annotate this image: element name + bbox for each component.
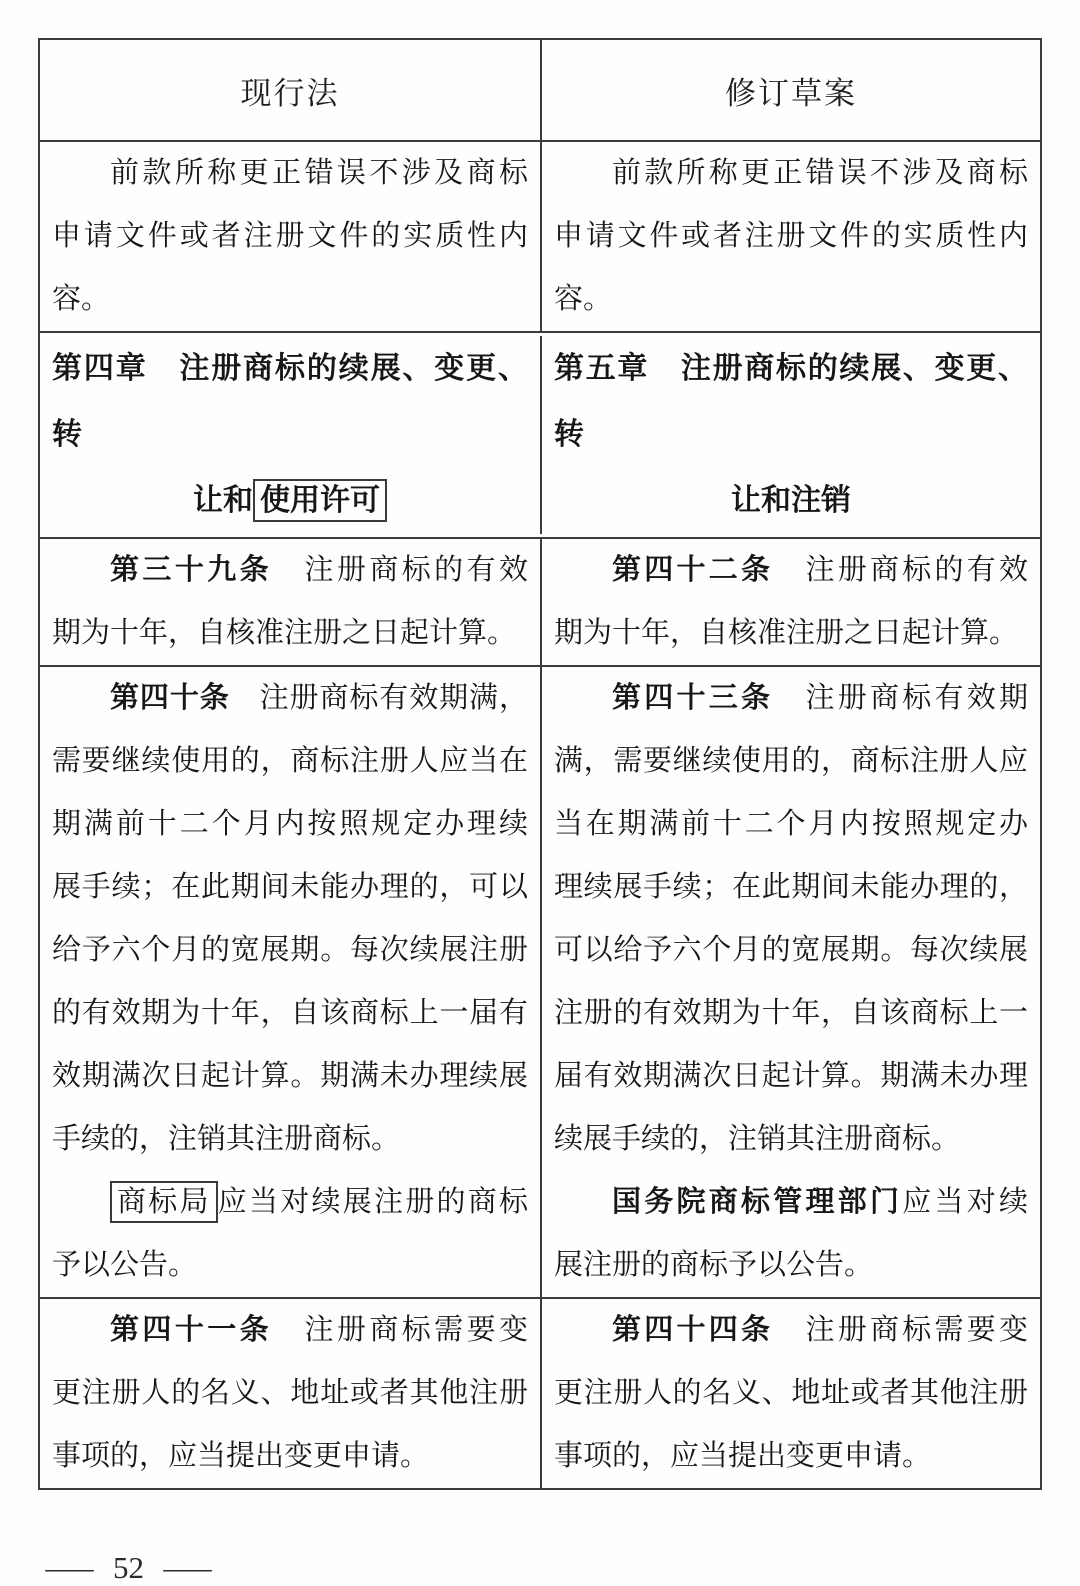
paragraph: 第四十条 注册商标有效期满，需要继续使用的，商标注册人应当在期满前十二个月内按照… (52, 667, 528, 1171)
paragraph: 商标局应当对续展注册的商标予以公告。 (52, 1171, 528, 1297)
table-cell-revision-draft: 第四十四条 注册商标需要变更注册人的名义、地址或者其他注册事项的，应当提出变更申… (540, 1299, 1040, 1488)
text-line: 第四十三条 注册商标有效期 (554, 667, 1028, 730)
text-segment: 注册商标需要变 (272, 1314, 528, 1346)
document-page: 现行法 修订草案 前款所称更正错误不涉及商标申请文件或者注册文件的实质性内容。前… (0, 0, 1080, 1582)
bold-term: 第四十四条 (612, 1314, 773, 1346)
table-cell-current-law: 第四章 注册商标的续展、变更、转让和使用许可 (40, 336, 540, 534)
text-segment: 事项的，应当提出变更申请。 (52, 1440, 429, 1472)
text-line: 前款所称更正错误不涉及商标 (52, 142, 528, 205)
text-segment: 期为十年，自核准注册之日起计算。 (554, 617, 1018, 649)
text-line: 续展手续的，注销其注册商标。 (554, 1108, 1028, 1171)
text-line: 展手续；在此期间未能办理的，可以 (52, 856, 528, 919)
text-segment: 期满前十二个月内按照规定办理续 (52, 808, 528, 840)
text-segment: 满，需要继续使用的，商标注册人应 (554, 745, 1028, 777)
paragraph: 第四章 注册商标的续展、变更、转让和使用许可 (52, 336, 528, 534)
table-cell-current-law: 前款所称更正错误不涉及商标申请文件或者注册文件的实质性内容。 (40, 142, 540, 331)
table-cell-revision-draft: 前款所称更正错误不涉及商标申请文件或者注册文件的实质性内容。 (540, 142, 1040, 331)
table-cell-revision-draft: 第五章 注册商标的续展、变更、转让和注销 (540, 336, 1040, 534)
table-row-article-40-vs-43: 第四十条 注册商标有效期满，需要继续使用的，商标注册人应当在期满前十二个月内按照… (40, 665, 1040, 1297)
text-segment: 事项的，应当提出变更申请。 (554, 1440, 931, 1472)
text-line: 满，需要继续使用的，商标注册人应 (554, 730, 1028, 793)
paragraph: 第五章 注册商标的续展、变更、转让和注销 (554, 336, 1028, 534)
text-line: 申请文件或者注册文件的实质性内 (554, 205, 1028, 268)
text-segment: 注册商标的有效 (272, 554, 528, 586)
text-line: 前款所称更正错误不涉及商标 (554, 142, 1028, 205)
text-line: 期为十年，自核准注册之日起计算。 (554, 602, 1028, 665)
text-line: 予以公告。 (52, 1234, 528, 1297)
table-row-chapter-heading: 第四章 注册商标的续展、变更、转让和使用许可第五章 注册商标的续展、变更、转让和… (40, 331, 1040, 537)
bold-term: 第四章 注册商标的续展、变更、转 (52, 352, 528, 451)
text-segment: 前款所称更正错误不涉及商标 (612, 157, 1028, 189)
text-line: 事项的，应当提出变更申请。 (554, 1425, 1028, 1488)
text-segment: 申请文件或者注册文件的实质性内 (554, 220, 1028, 252)
bold-term: 第五章 注册商标的续展、变更、转 (554, 352, 1028, 451)
bold-term: 第四十一条 (110, 1314, 272, 1346)
table-body: 前款所称更正错误不涉及商标申请文件或者注册文件的实质性内容。前款所称更正错误不涉… (40, 140, 1040, 1488)
bold-term: 第四十二条 (612, 554, 773, 586)
text-segment: 展注册的商标予以公告。 (554, 1249, 873, 1281)
text-segment: 容。 (52, 283, 110, 315)
text-line: 第四十二条 注册商标的有效 (554, 539, 1028, 602)
text-segment: 手续的，注销其注册商标。 (52, 1123, 400, 1155)
paragraph: 第四十四条 注册商标需要变更注册人的名义、地址或者其他注册事项的，应当提出变更申… (554, 1299, 1028, 1488)
text-segment: 届有效期满次日起计算。期满未办理 (554, 1060, 1028, 1092)
boxed-term: 商标局 (110, 1181, 218, 1223)
text-segment: 更注册人的名义、地址或者其他注册 (52, 1377, 528, 1409)
boxed-term: 使用许可 (253, 479, 387, 522)
text-segment: 予以公告。 (52, 1249, 197, 1281)
text-segment: 当在期满前十二个月内按照规定办 (554, 808, 1028, 840)
text-segment: 续展手续的，注销其注册商标。 (554, 1123, 960, 1155)
text-line: 注册的有效期为十年，自该商标上一 (554, 982, 1028, 1045)
table-header-row: 现行法 修订草案 (40, 40, 1040, 140)
text-line: 申请文件或者注册文件的实质性内 (52, 205, 528, 268)
text-line: 手续的，注销其注册商标。 (52, 1108, 528, 1171)
text-segment: 更注册人的名义、地址或者其他注册 (554, 1377, 1028, 1409)
text-line: 国务院商标管理部门应当对续 (554, 1171, 1028, 1234)
text-line: 当在期满前十二个月内按照规定办 (554, 793, 1028, 856)
text-segment: 应当对续展注册的商标 (218, 1186, 528, 1218)
paragraph: 国务院商标管理部门应当对续展注册的商标予以公告。 (554, 1171, 1028, 1297)
text-line: 第四十一条 注册商标需要变 (52, 1299, 528, 1362)
text-segment: 需要继续使用的，商标注册人应当在 (52, 745, 528, 777)
text-line: 届有效期满次日起计算。期满未办理 (554, 1045, 1028, 1108)
table-row-correction-scope: 前款所称更正错误不涉及商标申请文件或者注册文件的实质性内容。前款所称更正错误不涉… (40, 140, 1040, 331)
bold-term: 让和 (193, 484, 253, 517)
table-cell-revision-draft: 第四十三条 注册商标有效期满，需要继续使用的，商标注册人应当在期满前十二个月内按… (540, 667, 1040, 1297)
text-line: 让和注销 (554, 468, 1028, 534)
text-segment: 理续展手续；在此期间未能办理的， (554, 871, 1028, 903)
text-segment: 给予六个月的宽展期。每次续展注册 (52, 934, 528, 966)
paragraph: 第四十三条 注册商标有效期满，需要继续使用的，商标注册人应当在期满前十二个月内按… (554, 667, 1028, 1171)
text-line: 期为十年，自核准注册之日起计算。 (52, 602, 528, 665)
text-segment: 注册商标有效期满， (230, 682, 528, 714)
text-line: 期满前十二个月内按照规定办理续 (52, 793, 528, 856)
bold-term: 让和注销 (731, 484, 851, 517)
text-line: 更注册人的名义、地址或者其他注册 (52, 1362, 528, 1425)
text-line: 第四十四条 注册商标需要变 (554, 1299, 1028, 1362)
text-line: 理续展手续；在此期间未能办理的， (554, 856, 1028, 919)
text-segment: 展手续；在此期间未能办理的，可以 (52, 871, 528, 903)
text-segment: 注册商标有效期 (773, 682, 1028, 714)
text-line: 可以给予六个月的宽展期。每次续展 (554, 919, 1028, 982)
text-line: 给予六个月的宽展期。每次续展注册 (52, 919, 528, 982)
text-segment: 的有效期为十年，自该商标上一届有 (52, 997, 528, 1029)
paragraph: 第四十一条 注册商标需要变更注册人的名义、地址或者其他注册事项的，应当提出变更申… (52, 1299, 528, 1488)
text-segment: 注册商标需要变 (773, 1314, 1028, 1346)
footer-dash-left: — (45, 1550, 93, 1586)
text-line: 需要继续使用的，商标注册人应当在 (52, 730, 528, 793)
text-line: 事项的，应当提出变更申请。 (52, 1425, 528, 1488)
text-segment: 期为十年，自核准注册之日起计算。 (52, 617, 516, 649)
text-line: 更注册人的名义、地址或者其他注册 (554, 1362, 1028, 1425)
table-row-article-41-vs-44: 第四十一条 注册商标需要变更注册人的名义、地址或者其他注册事项的，应当提出变更申… (40, 1297, 1040, 1488)
paragraph: 前款所称更正错误不涉及商标申请文件或者注册文件的实质性内容。 (52, 142, 528, 331)
text-line: 容。 (554, 268, 1028, 331)
bold-term: 国务院商标管理部门 (612, 1186, 902, 1218)
paragraph: 前款所称更正错误不涉及商标申请文件或者注册文件的实质性内容。 (554, 142, 1028, 331)
page-footer: — 52 — (54, 1550, 1042, 1586)
column-header-revision-draft: 修订草案 (540, 40, 1040, 140)
text-line: 第四十条 注册商标有效期满， (52, 667, 528, 730)
text-segment: 容。 (554, 283, 612, 315)
text-line: 容。 (52, 268, 528, 331)
bold-term: 第四十条 (110, 682, 230, 714)
text-line: 第五章 注册商标的续展、变更、转 (554, 336, 1028, 468)
text-line: 第三十九条 注册商标的有效 (52, 539, 528, 602)
text-line: 展注册的商标予以公告。 (554, 1234, 1028, 1297)
table-cell-current-law: 第四十一条 注册商标需要变更注册人的名义、地址或者其他注册事项的，应当提出变更申… (40, 1299, 540, 1488)
text-segment: 注册的有效期为十年，自该商标上一 (554, 997, 1028, 1029)
text-segment: 应当对续 (902, 1186, 1028, 1218)
page-number: 52 (113, 1550, 144, 1586)
text-line: 的有效期为十年，自该商标上一届有 (52, 982, 528, 1045)
text-segment: 可以给予六个月的宽展期。每次续展 (554, 934, 1028, 966)
text-segment: 申请文件或者注册文件的实质性内 (52, 220, 528, 252)
table-row-article-39-vs-42: 第三十九条 注册商标的有效期为十年，自核准注册之日起计算。第四十二条 注册商标的… (40, 537, 1040, 665)
table-cell-current-law: 第三十九条 注册商标的有效期为十年，自核准注册之日起计算。 (40, 539, 540, 665)
paragraph: 第三十九条 注册商标的有效期为十年，自核准注册之日起计算。 (52, 539, 528, 665)
paragraph: 第四十二条 注册商标的有效期为十年，自核准注册之日起计算。 (554, 539, 1028, 665)
text-line: 商标局应当对续展注册的商标 (52, 1171, 528, 1234)
text-line: 第四章 注册商标的续展、变更、转 (52, 336, 528, 468)
table-cell-revision-draft: 第四十二条 注册商标的有效期为十年，自核准注册之日起计算。 (540, 539, 1040, 665)
table-cell-current-law: 第四十条 注册商标有效期满，需要继续使用的，商标注册人应当在期满前十二个月内按照… (40, 667, 540, 1297)
bold-term: 第三十九条 (110, 554, 272, 586)
comparison-table: 现行法 修订草案 前款所称更正错误不涉及商标申请文件或者注册文件的实质性内容。前… (38, 38, 1042, 1490)
text-line: 让和使用许可 (52, 468, 528, 534)
text-segment: 注册商标的有效 (773, 554, 1028, 586)
text-segment: 前款所称更正错误不涉及商标 (110, 157, 528, 189)
text-line: 效期满次日起计算。期满未办理续展 (52, 1045, 528, 1108)
bold-term: 第四十三条 (612, 682, 773, 714)
column-header-current-law: 现行法 (40, 40, 540, 140)
footer-dash-right: — (163, 1550, 211, 1586)
text-segment: 效期满次日起计算。期满未办理续展 (52, 1060, 528, 1092)
